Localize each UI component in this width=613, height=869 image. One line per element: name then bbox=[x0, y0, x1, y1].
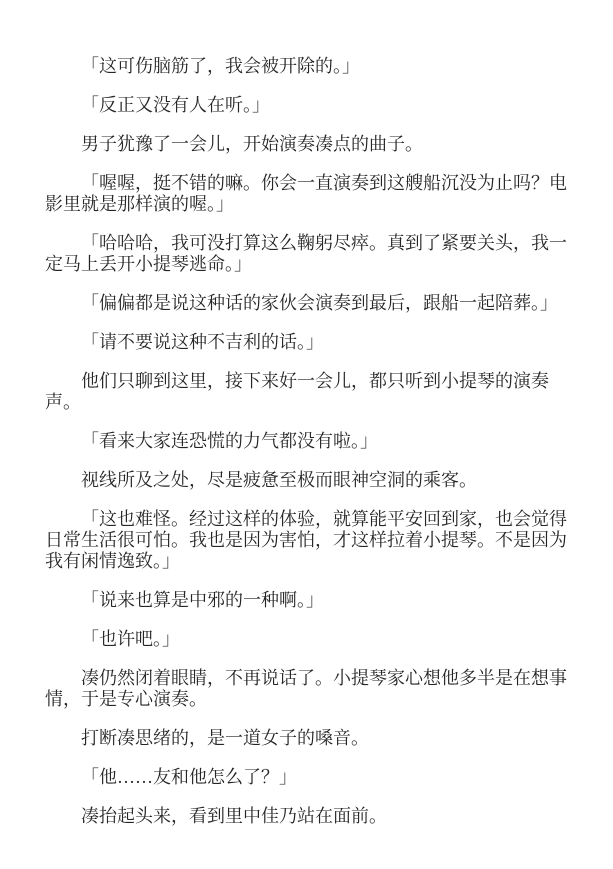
paragraph: 男子犹豫了一会儿，开始演奏凑点的曲子。 bbox=[45, 134, 569, 155]
paragraph: 「看来大家连恐慌的力气都没有啦。」 bbox=[45, 431, 569, 452]
paragraph: 他们只聊到这里，接下来好一会儿，都只听到小提琴的演奏声。 bbox=[45, 371, 569, 413]
paragraph: 打断凑思绪的，是一道女子的嗓音。 bbox=[45, 728, 569, 749]
text-line: 「偏偏都是说这种话的家伙会演奏到最后，跟船一起陪葬。」 bbox=[45, 293, 569, 314]
paragraph: 「也许吧。」 bbox=[45, 629, 569, 650]
text-line: 「哈哈哈，我可没打算这么鞠躬尽瘁。真到了紧要关头，我一 bbox=[45, 233, 569, 254]
text-line: 凑仍然闭着眼睛，不再说话了。小提琴家心想他多半是在想事 bbox=[45, 668, 569, 689]
text-line: 男子犹豫了一会儿，开始演奏凑点的曲子。 bbox=[45, 134, 569, 155]
paragraph: 「喔喔，挺不错的嘛。你会一直演奏到这艘船沉没为止吗？电影里就是那样演的喔。」 bbox=[45, 173, 569, 215]
text-line: 「看来大家连恐慌的力气都没有啦。」 bbox=[45, 431, 569, 452]
text-line: 「请不要说这种不吉利的话。」 bbox=[45, 332, 569, 353]
text-line: 他们只聊到这里，接下来好一会儿，都只听到小提琴的演奏 bbox=[45, 371, 569, 392]
paragraph: 视线所及之处，尽是疲惫至极而眼神空洞的乘客。 bbox=[45, 470, 569, 491]
text-line: 打断凑思绪的，是一道女子的嗓音。 bbox=[45, 728, 569, 749]
text-line: 凑抬起头来，看到里中佳乃站在面前。 bbox=[45, 806, 569, 827]
paragraph: 「哈哈哈，我可没打算这么鞠躬尽瘁。真到了紧要关头，我一定马上丢开小提琴逃命。」 bbox=[45, 233, 569, 275]
paragraph: 「这可伤脑筋了，我会被开除的。」 bbox=[45, 56, 569, 77]
text-line: 「喔喔，挺不错的嘛。你会一直演奏到这艘船沉没为止吗？电 bbox=[45, 173, 569, 194]
text-line: 声。 bbox=[45, 392, 569, 413]
text-line: 「反正又没有人在听。」 bbox=[45, 95, 569, 116]
paragraph: 「反正又没有人在听。」 bbox=[45, 95, 569, 116]
text-line: 「说来也算是中邪的一种啊。」 bbox=[45, 590, 569, 611]
paragraph: 「这也难怪。经过这样的体验，就算能平安回到家，也会觉得日常生活很可怕。我也是因为… bbox=[45, 509, 569, 572]
text-line: 情，于是专心演奏。 bbox=[45, 689, 569, 710]
page-text: 「这可伤脑筋了，我会被开除的。」「反正又没有人在听。」男子犹豫了一会儿，开始演奏… bbox=[45, 56, 569, 827]
paragraph: 凑抬起头来，看到里中佳乃站在面前。 bbox=[45, 806, 569, 827]
document-page: 「这可伤脑筋了，我会被开除的。」「反正又没有人在听。」男子犹豫了一会儿，开始演奏… bbox=[0, 0, 613, 869]
paragraph: 「他……友和他怎么了？」 bbox=[45, 767, 569, 788]
text-line: 影里就是那样演的喔。」 bbox=[45, 194, 569, 215]
text-line: 「也许吧。」 bbox=[45, 629, 569, 650]
paragraph: 凑仍然闭着眼睛，不再说话了。小提琴家心想他多半是在想事情，于是专心演奏。 bbox=[45, 668, 569, 710]
text-line: 我有闲情逸致。」 bbox=[45, 551, 569, 572]
paragraph: 「说来也算是中邪的一种啊。」 bbox=[45, 590, 569, 611]
paragraph: 「偏偏都是说这种话的家伙会演奏到最后，跟船一起陪葬。」 bbox=[45, 293, 569, 314]
text-line: 日常生活很可怕。我也是因为害怕，才这样拉着小提琴。不是因为 bbox=[45, 530, 569, 551]
text-line: 「这可伤脑筋了，我会被开除的。」 bbox=[45, 56, 569, 77]
text-line: 定马上丢开小提琴逃命。」 bbox=[45, 254, 569, 275]
paragraph: 「请不要说这种不吉利的话。」 bbox=[45, 332, 569, 353]
text-line: 「他……友和他怎么了？」 bbox=[45, 767, 569, 788]
text-line: 「这也难怪。经过这样的体验，就算能平安回到家，也会觉得 bbox=[45, 509, 569, 530]
text-line: 视线所及之处，尽是疲惫至极而眼神空洞的乘客。 bbox=[45, 470, 569, 491]
